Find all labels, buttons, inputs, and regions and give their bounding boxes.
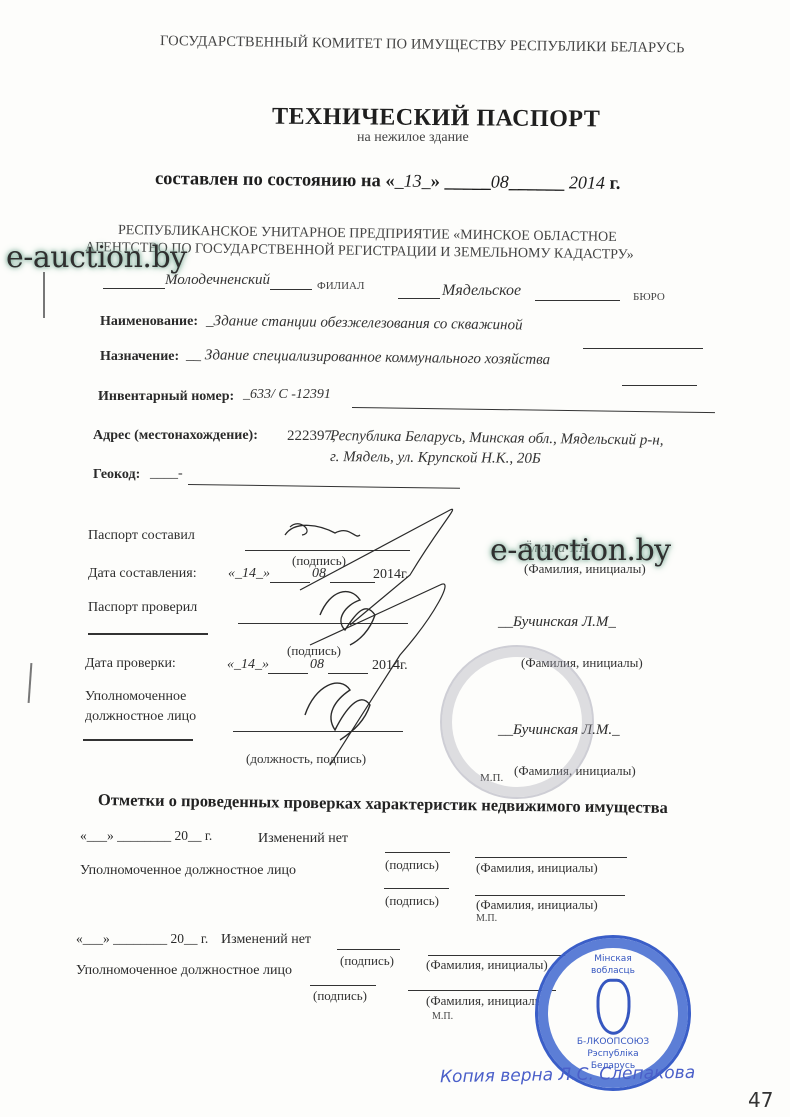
handwritten-signature xyxy=(240,505,460,795)
purpose-label: Назначение: xyxy=(100,349,179,365)
name-label: Наименование: xyxy=(100,314,198,330)
name-underline xyxy=(583,348,703,349)
check-1-signature-line xyxy=(385,852,450,853)
check-2-name-line-2 xyxy=(408,990,556,991)
name-caption: (Фамилия, инициалы) xyxy=(426,993,548,1009)
geocode-underline xyxy=(188,484,460,489)
checked-position-line xyxy=(88,633,208,635)
certification-note: Копия верна Л.С. Слепакова xyxy=(440,1063,695,1087)
address-index: 222397, xyxy=(287,428,336,445)
signature-caption: (подпись) xyxy=(313,988,367,1004)
edge-mark xyxy=(43,272,45,318)
signature-caption: (подпись) xyxy=(385,857,439,873)
as-of-mid: » _____ xyxy=(431,172,491,193)
check-2-no-changes-label: Изменений нет xyxy=(221,932,311,948)
check-2-signature-line-2 xyxy=(310,985,376,986)
faded-round-seal xyxy=(440,645,594,799)
inventory-label: Инвентарный номер: xyxy=(98,389,234,405)
check-1-signature-line-2 xyxy=(384,888,449,889)
check-1-no-changes: Изменений нет xyxy=(258,831,348,847)
address-line-1: Республика Беларусь, Минская обл., Мядел… xyxy=(330,428,664,450)
name-caption: (Фамилия, инициалы) xyxy=(426,957,548,973)
check-1-official: Уполномоченное должностное лицо xyxy=(80,863,296,879)
branch-value: Молодечненский xyxy=(165,272,270,289)
purpose-underline xyxy=(622,385,697,386)
official-label-1: Уполномоченное xyxy=(85,689,186,705)
check-1-name-line-2 xyxy=(475,895,625,896)
check-2-signature-line xyxy=(337,949,400,950)
bureau-underline xyxy=(398,298,440,299)
edge-mark xyxy=(28,663,33,703)
official-label-2: должностное лицо xyxy=(85,709,196,725)
address-line-2: г. Мядель, ул. Крупской Н.К., 20Б xyxy=(330,449,541,468)
name-caption: (Фамилия, инициалы) xyxy=(476,860,598,876)
checked-date-label: Дата проверки: xyxy=(85,656,176,672)
name-value: _Здание станции обезжелезования со скваж… xyxy=(206,313,523,334)
check-2-official: Уполномоченное должностное лицо xyxy=(76,963,292,979)
as-of-day: _13_ xyxy=(395,171,431,191)
check-1-date: «___» ________ 20__ г. xyxy=(80,828,212,844)
inventory-value: _633/ С -12391 xyxy=(243,387,331,403)
compiled-label: Паспорт составил xyxy=(88,528,195,544)
check-1-name-line xyxy=(475,857,627,858)
check-2-date: «___» ________ 20__ г. xyxy=(76,931,208,947)
signature-caption: (подпись) xyxy=(340,953,394,969)
document-title: ТЕХНИЧЕСКИЙ ПАСПОРТ xyxy=(272,104,601,134)
branch-underline xyxy=(103,288,165,289)
as-of-sep: ______ xyxy=(509,173,569,194)
cooperative-logo-icon xyxy=(596,979,630,1035)
organization-title: ГОСУДАРСТВЕННЫЙ КОМИТЕТ ПО ИМУЩЕСТВУ РЕС… xyxy=(160,33,685,57)
geocode-value: ____- xyxy=(150,466,183,482)
checked-label: Паспорт проверил xyxy=(88,600,197,616)
as-of-year: 2014 xyxy=(569,172,605,192)
bureau-value: Мядельское xyxy=(442,282,521,300)
compiled-date-label: Дата составления: xyxy=(88,566,197,582)
branch-label: ФИЛИАЛ xyxy=(317,280,364,292)
as-of-prefix: составлен по состоянию на « xyxy=(155,169,395,192)
seal-caption: М.П. xyxy=(432,1011,453,1022)
as-of-date: составлен по состоянию на «_13_» _____08… xyxy=(155,168,621,195)
bureau-label: БЮРО xyxy=(633,291,665,303)
name-caption: (Фамилия, инициалы) xyxy=(476,897,598,913)
stamp-center: Б-ЛКООПСОЮЗ xyxy=(576,1037,651,1049)
as-of-month: 08 xyxy=(491,172,509,192)
inventory-underline xyxy=(352,407,715,413)
seal-caption: М.П. xyxy=(476,913,497,924)
signature-caption: (подпись) xyxy=(385,893,439,909)
watermark: e-auction.by xyxy=(490,533,671,568)
bureau-underline-end xyxy=(535,300,620,301)
checked-name: __Бучинская Л.М_ xyxy=(498,614,616,631)
watermark: e-auction.by xyxy=(6,240,187,275)
checks-title: Отметки о проведенных проверках характер… xyxy=(98,790,668,818)
official-position-line xyxy=(83,739,193,741)
branch-underline-end xyxy=(270,289,312,290)
purpose-value: __ Здание специализированное коммунально… xyxy=(186,347,550,369)
geocode-label: Геокод: xyxy=(93,467,140,483)
page-number: 47 xyxy=(748,1088,773,1112)
address-label: Адрес (местонахождение): xyxy=(93,428,258,444)
document-subtitle: на нежилое здание xyxy=(357,130,469,146)
stamp-text-top: Мінская вобласць xyxy=(576,954,651,977)
as-of-suffix: г. xyxy=(605,174,621,194)
check-2-name-line xyxy=(428,955,578,956)
